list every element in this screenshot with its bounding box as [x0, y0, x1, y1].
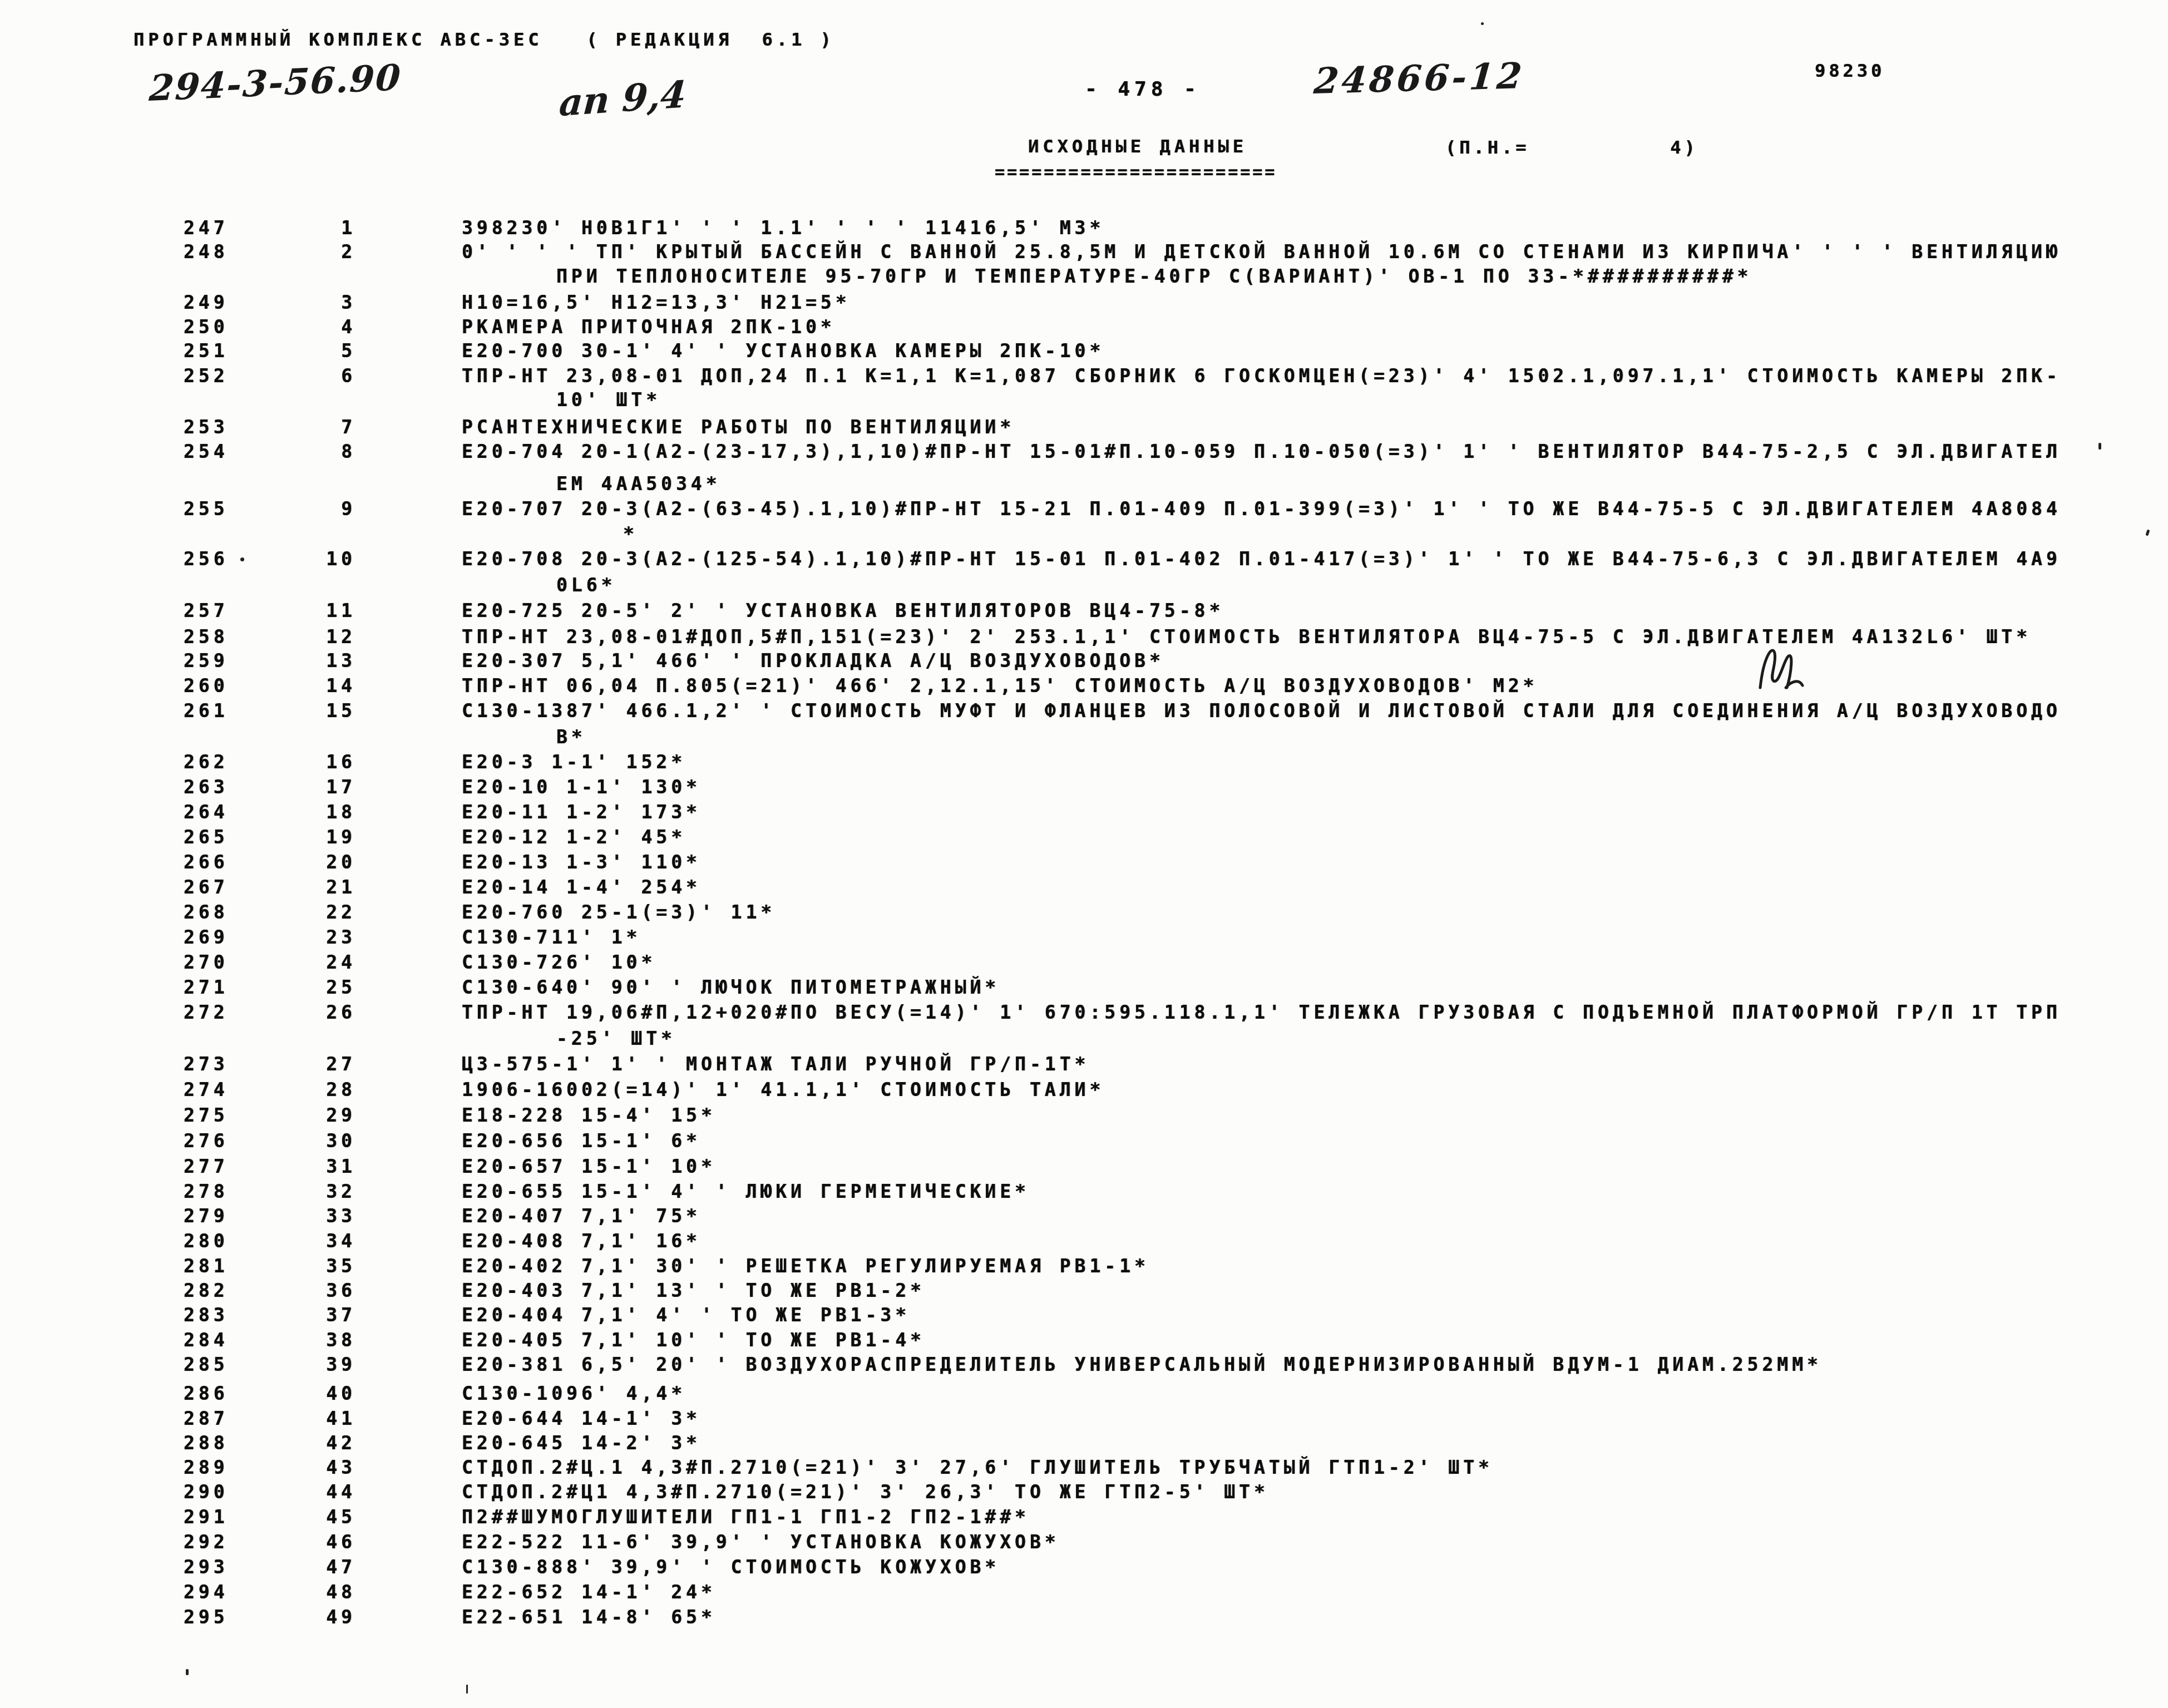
- line-number: 293: [184, 1556, 229, 1578]
- entry-number: 14: [289, 675, 356, 697]
- line-number: 259: [184, 650, 229, 672]
- entry-number: 7: [289, 416, 356, 438]
- line-number: 288: [184, 1432, 229, 1454]
- ink-speck: [2098, 443, 2101, 450]
- line-text: РСАНТЕХНИЧЕСКИЕ РАБОТЫ ПО ВЕНТИЛЯЦИИ*: [462, 416, 1015, 438]
- printout-line: 291 45 П2##ШУМОГЛУШИТЕЛИ ГП1-1 ГП1-2 ГП2…: [0, 1506, 2168, 1531]
- line-text: Е20-700 30-1' 4' ' УСТАНОВКА КАМЕРЫ 2ПК-…: [462, 340, 1104, 362]
- printout-line: 260 14 ТПР-НТ 06,04 П.805(=21)' 466' 2,1…: [0, 675, 2168, 699]
- entry-number: 16: [289, 751, 356, 773]
- line-text: Е20-404 7,1' 4' ' ТО ЖЕ РВ1-3*: [462, 1304, 910, 1326]
- line-text: СТДОП.2#Ц1 4,3#П.2710(=21)' 3' 26,3' ТО …: [462, 1481, 1269, 1503]
- line-text: ЕМ 4АА5034*: [556, 473, 721, 495]
- printout-line: 277 31 Е20-657 15-1' 10*: [0, 1156, 2168, 1180]
- line-number: 272: [184, 1001, 229, 1023]
- entry-number: 42: [289, 1432, 356, 1454]
- entry-number: 23: [289, 926, 356, 948]
- line-number: 251: [184, 340, 229, 362]
- line-number: 292: [184, 1531, 229, 1553]
- printout-line: 285 39 Е20-381 6,5' 20' ' ВОЗДУХОРАСПРЕД…: [0, 1354, 2168, 1378]
- printout-line: 264 18 Е20-11 1-2' 173*: [0, 801, 2168, 826]
- entry-number: 24: [289, 951, 356, 973]
- line-text: П2##ШУМОГЛУШИТЕЛИ ГП1-1 ГП1-2 ГП2-1##*: [462, 1506, 1030, 1528]
- line-number: 290: [184, 1481, 229, 1503]
- pn-parameter: (П.Н.= 4): [1445, 137, 1698, 158]
- line-number: 289: [184, 1457, 229, 1478]
- line-number: 291: [184, 1506, 229, 1528]
- printout-line: 250 4 РКАМЕРА ПРИТОЧНАЯ 2ПК-10*: [0, 316, 2168, 340]
- printout-line: 279 33 Е20-407 7,1' 75*: [0, 1205, 2168, 1230]
- section-title: ИСХОДНЫЕ ДАННЫЕ: [1028, 136, 1247, 157]
- entry-number: 32: [289, 1181, 356, 1202]
- entry-number: 21: [289, 876, 356, 898]
- entry-number: 10: [289, 548, 356, 570]
- entry-number: 13: [289, 650, 356, 672]
- entry-number: 31: [289, 1156, 356, 1177]
- entry-number: 12: [289, 626, 356, 648]
- line-number: 276: [184, 1130, 229, 1152]
- line-number: 271: [184, 976, 229, 998]
- printout-line: 265 19 Е20-12 1-2' 45*: [0, 826, 2168, 851]
- entry-number: 2: [289, 241, 356, 263]
- line-text: Е20-725 20-5' 2' ' УСТАНОВКА ВЕНТИЛЯТОРО…: [462, 600, 1224, 621]
- line-text: Е20-307 5,1' 466' ' ПРОКЛАДКА А/Ц ВОЗДУХ…: [462, 650, 1164, 672]
- line-number: 262: [184, 751, 229, 773]
- line-number: 277: [184, 1156, 229, 1177]
- line-text: Н10=16,5' Н12=13,3' Н21=5*: [462, 292, 851, 313]
- entry-number: 20: [289, 851, 356, 873]
- entry-number: 44: [289, 1481, 356, 1503]
- line-text: С130-711' 1*: [462, 926, 641, 948]
- line-number: 273: [184, 1053, 229, 1075]
- line-number: 250: [184, 316, 229, 338]
- entry-number: 4: [289, 316, 356, 338]
- page-number: - 478 -: [1085, 78, 1201, 101]
- printout-line: 295 49 Е22-651 14-8' 65*: [0, 1606, 2168, 1631]
- printout-line: 274 28 1906-16002(=14)' 1' 41.1,1' СТОИМ…: [0, 1079, 2168, 1103]
- line-number: 247: [184, 217, 229, 239]
- line-number: 255: [184, 498, 229, 520]
- printout-line: 270 24 С130-726' 10*: [0, 951, 2168, 976]
- line-text: 1906-16002(=14)' 1' 41.1,1' СТОИМОСТЬ ТА…: [462, 1079, 1104, 1100]
- line-text: Е20-405 7,1' 10' ' ТО ЖЕ РВ1-4*: [462, 1329, 925, 1351]
- line-text: В*: [556, 726, 586, 748]
- printout-line: 273 27 Ц3-575-1' 1' ' МОНТАЖ ТАЛИ РУЧНОЙ…: [0, 1053, 2168, 1078]
- printout-line: 281 35 Е20-402 7,1' 30' ' РЕШЕТКА РЕГУЛИ…: [0, 1255, 2168, 1280]
- line-text: Е20-644 14-1' 3*: [462, 1408, 701, 1429]
- line-number: 285: [184, 1354, 229, 1375]
- line-number: 269: [184, 926, 229, 948]
- line-text: РКАМЕРА ПРИТОЧНАЯ 2ПК-10*: [462, 316, 836, 338]
- line-text: -25' ШТ*: [556, 1028, 676, 1049]
- ink-speck: [1481, 22, 1484, 25]
- line-number: 282: [184, 1280, 229, 1301]
- entry-number: 25: [289, 976, 356, 998]
- line-number: 270: [184, 951, 229, 973]
- line-text: Е20-381 6,5' 20' ' ВОЗДУХОРАСПРЕДЕЛИТЕЛЬ…: [462, 1354, 1822, 1375]
- line-number: 258: [184, 626, 229, 648]
- ink-speck: [186, 1669, 189, 1675]
- entry-number: 45: [289, 1506, 356, 1528]
- entry-number: 3: [289, 292, 356, 313]
- printout-line: 284 38 Е20-405 7,1' 10' ' ТО ЖЕ РВ1-4*: [0, 1329, 2168, 1354]
- entry-number: 6: [289, 365, 356, 387]
- line-number: 278: [184, 1181, 229, 1202]
- printout-line: 293 47 С130-888' 39,9' ' СТОИМОСТЬ КОЖУХ…: [0, 1556, 2168, 1581]
- line-text: СТДОП.2#Ц.1 4,3#П.2710(=21)' 3' 27,6' ГЛ…: [462, 1457, 1493, 1478]
- line-number: 260: [184, 675, 229, 697]
- line-number: 248: [184, 241, 229, 263]
- handwritten-project-code: 294-3-56.90: [148, 57, 403, 110]
- line-text: ПРИ ТЕПЛОНОСИТЕЛЕ 95-70ГР И ТЕМПЕРАТУРЕ-…: [556, 265, 1752, 287]
- entry-number: 41: [289, 1408, 356, 1429]
- line-text: С130-1096' 4,4*: [462, 1383, 686, 1404]
- line-number: 286: [184, 1383, 229, 1404]
- line-number: 252: [184, 365, 229, 387]
- printout-line: 286 40 С130-1096' 4,4*: [0, 1383, 2168, 1407]
- line-text: Е20-403 7,1' 13' ' ТО ЖЕ РВ1-2*: [462, 1280, 925, 1301]
- entry-number: 28: [289, 1079, 356, 1100]
- line-text: Е20-407 7,1' 75*: [462, 1205, 701, 1227]
- line-number: 254: [184, 441, 229, 462]
- entry-number: 5: [289, 340, 356, 362]
- entry-number: 26: [289, 1001, 356, 1023]
- line-text: Е22-651 14-8' 65*: [462, 1606, 716, 1628]
- printout-line: 253 7 РСАНТЕХНИЧЕСКИЕ РАБОТЫ ПО ВЕНТИЛЯЦ…: [0, 416, 2168, 441]
- entry-number: 29: [289, 1104, 356, 1126]
- line-text: С130-1387' 466.1,2' ' СТОИМОСТЬ МУФТ И Ф…: [462, 700, 2061, 722]
- printout-line: 282 36 Е20-403 7,1' 13' ' ТО ЖЕ РВ1-2*: [0, 1280, 2168, 1304]
- line-text: ТПР-НТ 23,08-01 ДОП,24 П.1 К=1,1 К=1,087…: [462, 365, 2061, 387]
- entry-number: 33: [289, 1205, 356, 1227]
- entry-number: 17: [289, 776, 356, 798]
- line-text: Е20-408 7,1' 16*: [462, 1230, 701, 1252]
- line-number: 295: [184, 1606, 229, 1628]
- printout-line: 292 46 Е22-522 11-6' 39,9' ' УСТАНОВКА К…: [0, 1531, 2168, 1556]
- printout-line: -25' ШТ*: [0, 1028, 2168, 1052]
- printout-line: 266 20 Е20-13 1-3' 110*: [0, 851, 2168, 876]
- printout-line: ЕМ 4АА5034*: [0, 473, 2168, 497]
- entry-number: 19: [289, 826, 356, 848]
- printout-line: 258 12 ТПР-НТ 23,08-01#ДОП,5#П,151(=23)'…: [0, 626, 2168, 650]
- line-number: 265: [184, 826, 229, 848]
- line-number: 249: [184, 292, 229, 313]
- line-text: Е20-760 25-1(=3)' 11*: [462, 901, 776, 923]
- printout-line: 271 25 С130-640' 90' ' ЛЮЧОК ПИТОМЕТРАЖН…: [0, 976, 2168, 1001]
- line-number: 267: [184, 876, 229, 898]
- section-underline: =======================: [995, 162, 1277, 182]
- line-number: 279: [184, 1205, 229, 1227]
- ink-speck: [466, 1685, 468, 1694]
- printout-line: ПРИ ТЕПЛОНОСИТЕЛЕ 95-70ГР И ТЕМПЕРАТУРЕ-…: [0, 265, 2168, 290]
- printout-line: 268 22 Е20-760 25-1(=3)' 11*: [0, 901, 2168, 926]
- ink-speck: [240, 557, 244, 561]
- entry-number: 47: [289, 1556, 356, 1578]
- entry-number: 1: [289, 217, 356, 239]
- line-number: 294: [184, 1581, 229, 1603]
- printout-line: 287 41 Е20-644 14-1' 3*: [0, 1408, 2168, 1432]
- entry-number: 39: [289, 1354, 356, 1375]
- line-number: 275: [184, 1104, 229, 1126]
- line-number: 266: [184, 851, 229, 873]
- printout-line: 289 43 СТДОП.2#Ц.1 4,3#П.2710(=21)' 3' 2…: [0, 1457, 2168, 1481]
- printout-line: 283 37 Е20-404 7,1' 4' ' ТО ЖЕ РВ1-3*: [0, 1304, 2168, 1329]
- line-number: 281: [184, 1255, 229, 1277]
- printout-line: 267 21 Е20-14 1-4' 254*: [0, 876, 2168, 901]
- printout-line: 252 6 ТПР-НТ 23,08-01 ДОП,24 П.1 К=1,1 К…: [0, 365, 2168, 389]
- line-text: Е20-657 15-1' 10*: [462, 1156, 716, 1177]
- line-text: Ц3-575-1' 1' ' МОНТАЖ ТАЛИ РУЧНОЙ ГР/П-1…: [462, 1053, 1089, 1075]
- entry-number: 18: [289, 801, 356, 823]
- line-text: С130-640' 90' ' ЛЮЧОК ПИТОМЕТРАЖНЫЙ*: [462, 976, 1000, 998]
- line-text: Е22-652 14-1' 24*: [462, 1581, 716, 1603]
- line-text: Е20-656 15-1' 6*: [462, 1130, 701, 1152]
- printout-line: 280 34 Е20-408 7,1' 16*: [0, 1230, 2168, 1255]
- line-number: 257: [184, 600, 229, 621]
- printout-line: 254 8 Е20-704 20-1(А2-(23-17,3),1,10)#ПР…: [0, 441, 2168, 465]
- printout-line: 256 10 Е20-708 20-3(А2-(125-54).1,10)#ПР…: [0, 548, 2168, 572]
- handwritten-doc-number: 24866-12: [1312, 55, 1526, 102]
- line-number: 274: [184, 1079, 229, 1100]
- entry-number: 8: [289, 441, 356, 462]
- line-text: Е20-708 20-3(А2-(125-54).1,10)#ПР-НТ 15-…: [462, 548, 2061, 570]
- line-text: С130-726' 10*: [462, 951, 656, 973]
- printout-line: 288 42 Е20-645 14-2' 3*: [0, 1432, 2168, 1457]
- entry-number: 35: [289, 1255, 356, 1277]
- line-text: 10' ШТ*: [556, 389, 661, 411]
- line-text: Е20-13 1-3' 110*: [462, 851, 701, 873]
- line-text: Е20-704 20-1(А2-(23-17,3),1,10)#ПР-НТ 15…: [462, 441, 2061, 462]
- line-text: Е18-228 15-4' 15*: [462, 1104, 716, 1126]
- line-number: 280: [184, 1230, 229, 1252]
- line-text: Е20-707 20-3(А2-(63-45).1,10)#ПР-НТ 15-2…: [462, 498, 2061, 520]
- entry-number: 37: [289, 1304, 356, 1326]
- entry-number: 36: [289, 1280, 356, 1301]
- entry-number: 48: [289, 1581, 356, 1603]
- entry-number: 46: [289, 1531, 356, 1553]
- line-text: С130-888' 39,9' ' СТОИМОСТЬ КОЖУХОВ*: [462, 1556, 1000, 1578]
- printout-line: В*: [0, 726, 2168, 751]
- entry-number: 43: [289, 1457, 356, 1478]
- printout-line: 262 16 Е20-3 1-1' 152*: [0, 751, 2168, 776]
- entry-number: 30: [289, 1130, 356, 1152]
- line-text: *: [623, 523, 638, 545]
- printout-line: 290 44 СТДОП.2#Ц1 4,3#П.2710(=21)' 3' 26…: [0, 1481, 2168, 1505]
- line-text: ТПР-НТ 19,06#П,12+020#ПО ВЕСУ(=14)' 1' 6…: [462, 1001, 2061, 1023]
- line-number: 256: [184, 548, 229, 570]
- entry-number: 49: [289, 1606, 356, 1628]
- line-text: Е22-522 11-6' 39,9' ' УСТАНОВКА КОЖУХОВ*: [462, 1531, 1060, 1553]
- printout-line: 269 23 С130-711' 1*: [0, 926, 2168, 951]
- line-number: 283: [184, 1304, 229, 1326]
- printout-line: 247 1 398230' Н0В1Г1' ' ' 1.1' ' ' ' 114…: [0, 217, 2168, 241]
- handwritten-scribble: [1752, 634, 1808, 701]
- entry-number: 27: [289, 1053, 356, 1075]
- stamp-number: 98230: [1815, 60, 1885, 81]
- line-text: Е20-645 14-2' 3*: [462, 1432, 701, 1454]
- printout-line: 261 15 С130-1387' 466.1,2' ' СТОИМОСТЬ М…: [0, 700, 2168, 724]
- printout-line: 276 30 Е20-656 15-1' 6*: [0, 1130, 2168, 1154]
- printout-line: *: [0, 523, 2168, 547]
- line-text: 0' ' ' ' ТП' КРЫТЫЙ БАССЕЙН С ВАННОЙ 25.…: [462, 241, 2061, 263]
- printout-line: 259 13 Е20-307 5,1' 466' ' ПРОКЛАДКА А/Ц…: [0, 650, 2168, 674]
- printout-line: 251 5 Е20-700 30-1' 4' ' УСТАНОВКА КАМЕР…: [0, 340, 2168, 364]
- entry-number: 34: [289, 1230, 356, 1252]
- line-text: Е20-402 7,1' 30' ' РЕШЕТКА РЕГУЛИРУЕМАЯ …: [462, 1255, 1149, 1277]
- entry-number: 38: [289, 1329, 356, 1351]
- printout-line: 0L6*: [0, 574, 2168, 599]
- printout-line: 263 17 Е20-10 1-1' 130*: [0, 776, 2168, 801]
- printout-line: 10' ШТ*: [0, 389, 2168, 413]
- line-text: Е20-12 1-2' 45*: [462, 826, 686, 848]
- entry-number: 9: [289, 498, 356, 520]
- line-number: 284: [184, 1329, 229, 1351]
- line-text: Е20-14 1-4' 254*: [462, 876, 701, 898]
- printout-line: 257 11 Е20-725 20-5' 2' ' УСТАНОВКА ВЕНТ…: [0, 600, 2168, 624]
- printout-line: 255 9 Е20-707 20-3(А2-(63-45).1,10)#ПР-Н…: [0, 498, 2168, 522]
- printout-line: 275 29 Е18-228 15-4' 15*: [0, 1104, 2168, 1129]
- printout-line: 294 48 Е22-652 14-1' 24*: [0, 1581, 2168, 1606]
- entry-number: 15: [289, 700, 356, 722]
- program-title: ПРОГРАММНЫЙ КОМПЛЕКС АВС-3ЕС ( РЕДАКЦИЯ …: [134, 29, 835, 50]
- printout-line: 272 26 ТПР-НТ 19,06#П,12+020#ПО ВЕСУ(=14…: [0, 1001, 2168, 1026]
- printout-line: 278 32 Е20-655 15-1' 4' ' ЛЮКИ ГЕРМЕТИЧЕ…: [0, 1181, 2168, 1205]
- line-number: 264: [184, 801, 229, 823]
- line-text: 0L6*: [556, 574, 616, 596]
- line-text: Е20-11 1-2' 173*: [462, 801, 701, 823]
- scanned-printout-page: ПРОГРАММНЫЙ КОМПЛЕКС АВС-3ЕС ( РЕДАКЦИЯ …: [0, 0, 2168, 1708]
- line-number: 261: [184, 700, 229, 722]
- handwritten-sheet-note: ап 9,4: [558, 72, 688, 125]
- printout-line: 249 3 Н10=16,5' Н12=13,3' Н21=5*: [0, 292, 2168, 316]
- entry-number: 40: [289, 1383, 356, 1404]
- entry-number: 22: [289, 901, 356, 923]
- line-text: Е20-10 1-1' 130*: [462, 776, 701, 798]
- line-text: Е20-3 1-1' 152*: [462, 751, 686, 773]
- line-number: 253: [184, 416, 229, 438]
- line-number: 287: [184, 1408, 229, 1429]
- line-text: Е20-655 15-1' 4' ' ЛЮКИ ГЕРМЕТИЧЕСКИЕ*: [462, 1181, 1030, 1202]
- line-number: 268: [184, 901, 229, 923]
- line-number: 263: [184, 776, 229, 798]
- printout-line: 248 2 0' ' ' ' ТП' КРЫТЫЙ БАССЕЙН С ВАНН…: [0, 241, 2168, 265]
- line-text: ТПР-НТ 06,04 П.805(=21)' 466' 2,12.1,15'…: [462, 675, 1538, 697]
- line-text: 398230' Н0В1Г1' ' ' 1.1' ' ' ' 11416,5' …: [462, 217, 1104, 239]
- entry-number: 11: [289, 600, 356, 621]
